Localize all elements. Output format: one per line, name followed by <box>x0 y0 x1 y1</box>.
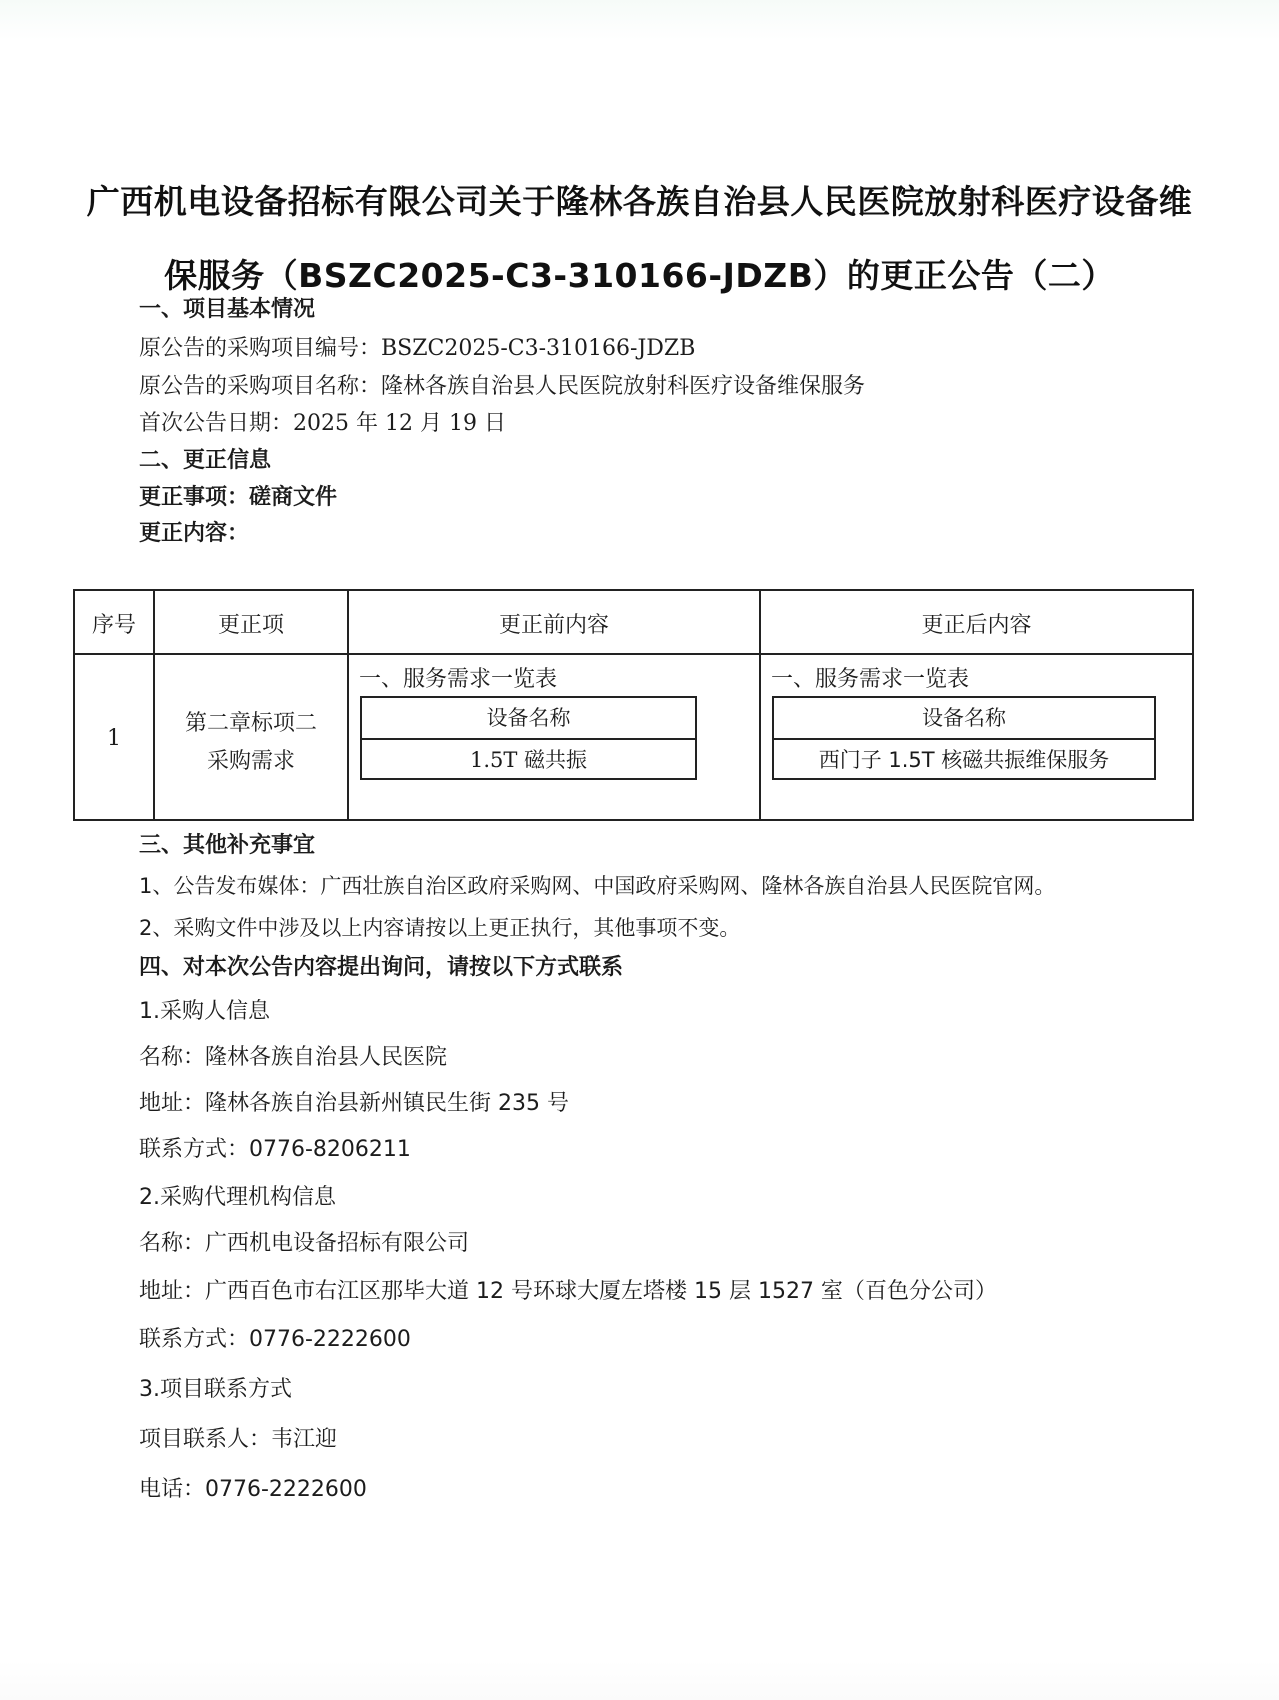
correction-content-label: 更正内容： <box>139 516 249 547</box>
first-date-value: 2025 年 12 月 19 日 <box>293 411 506 436</box>
project-contact-person: 项目联系人：韦江迎 <box>139 1422 337 1453</box>
purchaser-name: 名称：隆林各族自治县人民医院 <box>139 1040 447 1071</box>
agency-contact: 联系方式：0776-2222600 <box>139 1322 411 1353</box>
purchaser-address: 地址：隆林各族自治县新州镇民生街 235 号 <box>139 1086 569 1117</box>
section4-heading: 四、对本次公告内容提出询问，请按以下方式联系 <box>139 950 623 981</box>
first-date-label: 首次公告日期： <box>139 411 293 436</box>
before-caption: 一、服务需求一览表 <box>359 662 557 693</box>
document-title-line-1: 广西机电设备招标有限公司关于隆林各族自治县人民医院放射科医疗设备维 <box>0 176 1279 223</box>
after-equipment-table: 设备名称 西门子 1.5T 核磁共振维保服务 <box>772 696 1156 780</box>
before-equipment-value: 1.5T 磁共振 <box>362 740 695 780</box>
correction-item-value: 磋商文件 <box>249 485 337 510</box>
after-equipment-value: 西门子 1.5T 核磁共振维保服务 <box>774 740 1154 780</box>
agency-heading: 2.采购代理机构信息 <box>139 1180 336 1211</box>
section1-heading: 一、项目基本情况 <box>139 292 315 323</box>
project-number-label: 原公告的采购项目编号： <box>139 336 381 361</box>
table-row-item-line1: 第二章标项二 <box>155 706 347 737</box>
table-header-after: 更正后内容 <box>761 608 1192 639</box>
project-name-value: 隆林各族自治县人民医院放射科医疗设备维保服务 <box>381 374 865 399</box>
project-number-line: 原公告的采购项目编号：BSZC2025-C3-310166-JDZB <box>139 331 695 362</box>
document-page: 广西机电设备招标有限公司关于隆林各族自治县人民医院放射科医疗设备维 保服务（BS… <box>0 0 1279 1700</box>
after-caption: 一、服务需求一览表 <box>771 662 969 693</box>
supplement-item-1: 1、公告发布媒体：广西壮族自治区政府采购网、中国政府采购网、隆林各族自治县人民医… <box>139 870 1055 900</box>
project-name-line: 原公告的采购项目名称：隆林各族自治县人民医院放射科医疗设备维保服务 <box>139 369 865 400</box>
before-equipment-header: 设备名称 <box>362 698 695 738</box>
table-row-no: 1 <box>75 726 153 751</box>
section3-heading: 三、其他补充事宜 <box>139 828 315 859</box>
section2-heading: 二、更正信息 <box>139 443 271 474</box>
project-name-label: 原公告的采购项目名称： <box>139 374 381 399</box>
supplement-item-2: 2、采购文件中涉及以上内容请按以上更正执行，其他事项不变。 <box>139 912 740 942</box>
table-header-divider <box>75 653 1192 655</box>
table-row-item-line2: 采购需求 <box>155 744 347 775</box>
agency-name: 名称：广西机电设备招标有限公司 <box>139 1226 469 1257</box>
after-equipment-header: 设备名称 <box>774 698 1154 738</box>
purchaser-contact: 联系方式：0776-8206211 <box>139 1132 411 1163</box>
corrections-table: 序号 更正项 更正前内容 更正后内容 1 第二章标项二 采购需求 一、服务需求一… <box>73 589 1194 821</box>
project-number-value: BSZC2025-C3-310166-JDZB <box>381 336 695 361</box>
correction-item-line: 更正事项：磋商文件 <box>139 480 337 511</box>
project-contact-phone: 电话：0776-2222600 <box>139 1472 367 1503</box>
project-contact-heading: 3.项目联系方式 <box>139 1372 292 1403</box>
first-date-line: 首次公告日期：2025 年 12 月 19 日 <box>139 406 506 437</box>
table-header-before: 更正前内容 <box>349 608 759 639</box>
table-header-item: 更正项 <box>155 608 347 639</box>
document-title-line-2: 保服务（BSZC2025-C3-310166-JDZB）的更正公告（二） <box>0 250 1279 297</box>
before-equipment-table: 设备名称 1.5T 磁共振 <box>360 696 697 780</box>
agency-address: 地址：广西百色市右江区那毕大道 12 号环球大厦左塔楼 15 层 1527 室（… <box>139 1274 997 1305</box>
purchaser-heading: 1.采购人信息 <box>139 994 270 1025</box>
correction-item-label: 更正事项： <box>139 485 249 510</box>
table-header-no: 序号 <box>75 608 153 639</box>
